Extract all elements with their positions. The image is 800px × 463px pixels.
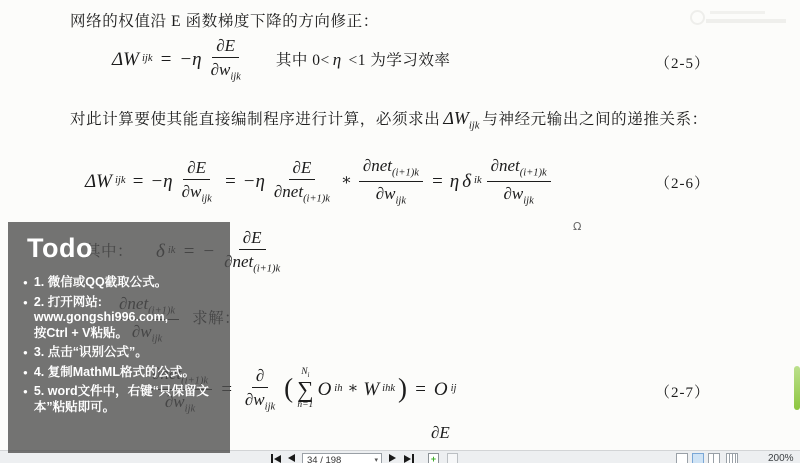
math-token: ∂wijk [500, 182, 538, 208]
math-token: ∂E [212, 35, 239, 58]
math-token: ∂wijk [372, 182, 410, 208]
fraction: ∂net(i+1)k ∂wijk [487, 155, 551, 207]
todo-item: ● 1. 微信或QQ截取公式。 [23, 275, 224, 291]
math-token: W [363, 380, 379, 399]
math-token: (i+1)k [303, 193, 330, 204]
formula-2-5: ΔWijk = −η ∂E ∂wijk 其中 0<η <1 为学习效率 [112, 35, 450, 84]
watermark-logo-icon [690, 10, 705, 25]
todo-list: ● 1. 微信或QQ截取公式。 ● 2. 打开网站: www.gongshi99… [8, 275, 230, 415]
zoom-level[interactable]: 200% [768, 453, 794, 463]
math-token: ijk [265, 401, 276, 412]
next-page-icon [389, 454, 396, 462]
last-page-icon [404, 455, 411, 463]
equation-tag-2-6: （2-6） [655, 172, 710, 193]
formula-cutoff: ∂E [431, 424, 450, 441]
watermark-icon [688, 7, 793, 29]
math-token: ∂wijk [178, 180, 216, 206]
math-token: O [318, 380, 332, 399]
fraction: ∂ ∂wijk [241, 365, 279, 414]
math-token: h=1 [297, 401, 313, 411]
chevron-down-icon[interactable]: ▾ [374, 456, 381, 463]
math-token: = [431, 172, 444, 191]
fraction: ∂E ∂wijk [207, 35, 245, 84]
page-indicator: 34 / 198 [307, 455, 341, 463]
equation-tag-2-7: （2-7） [655, 381, 710, 402]
todo-item: ● 2. 打开网站: www.gongshi996.com, 按Ctrl + V… [23, 295, 224, 342]
watermark-text-line [706, 19, 786, 23]
todo-item-text: 3. 点击“识别公式”。 [34, 345, 148, 361]
math-token: ∂w [182, 182, 202, 201]
math-token: = [159, 50, 172, 69]
math-token: ∂w [211, 60, 231, 79]
math-token: ik [474, 176, 482, 187]
add-page-tool-button[interactable]: + [428, 453, 439, 463]
todo-item: ● 4. 复制MathML格式的公式。 [23, 365, 224, 381]
last-page-icon [412, 454, 414, 463]
first-page-icon [274, 455, 281, 463]
bullet-icon: ● [23, 295, 28, 342]
first-page-icon [271, 454, 273, 463]
math-token: ΔW [85, 172, 112, 191]
formula-2-6: ΔWijk = −η ∂E ∂wijk = −η ∂E ∂net(i+1)k ∗… [85, 155, 553, 207]
math-token: ∂net [274, 182, 303, 201]
math-token: ∗ [341, 173, 352, 189]
math-token: −η [150, 172, 172, 191]
math-token: = [224, 172, 237, 191]
math-token: = [414, 380, 427, 399]
todo-panel: Todo ● 1. 微信或QQ截取公式。 ● 2. 打开网站: www.gong… [8, 222, 230, 453]
math-token: ijk [230, 72, 241, 83]
math-token: ∗ [347, 381, 358, 397]
todo-item: ● 5. word文件中，右键“只保留文 本”粘贴即可。 [23, 384, 224, 415]
math-token: δ [462, 172, 471, 191]
facing-view-button[interactable] [708, 453, 720, 463]
single-page-view-button[interactable] [676, 453, 688, 463]
math-token: ( [284, 375, 293, 402]
math-token: ijk [396, 195, 407, 206]
math-token: ∂net(i+1)k [359, 155, 423, 182]
math-token: −η [243, 172, 265, 191]
last-page-button[interactable] [404, 454, 414, 463]
bullet-icon: ● [23, 365, 28, 381]
prev-page-button[interactable] [288, 454, 295, 462]
math-token: ∂net [491, 156, 520, 175]
math-token: ∂w [245, 390, 265, 409]
bullet-icon: ● [23, 345, 28, 361]
math-token: ijk [115, 176, 126, 187]
math-token: −η [179, 50, 201, 69]
pdf-reader-window: 网络的权值沿 E 函数梯度下降的方向修正： （2-5） ΔWijk = −η ∂… [0, 0, 800, 463]
fraction: ∂E ∂net(i+1)k [270, 157, 334, 206]
bullet-icon: ● [23, 275, 28, 291]
fraction: ∂E ∂wijk [178, 157, 216, 206]
math-token: (i+1)k [253, 264, 280, 275]
math-token: ih [334, 384, 342, 395]
todo-item-text: 4. 复制MathML格式的公式。 [34, 365, 195, 381]
next-page-button[interactable] [389, 454, 396, 462]
stray-glyph: Ω [573, 220, 581, 233]
math-token: ∂net(i+1)k [487, 155, 551, 182]
formula-note: 其中 0<η <1 为学习效率 [276, 51, 451, 69]
page-number-input[interactable]: 34 / 198 ▾ [302, 453, 382, 463]
math-token: ∂E [239, 227, 266, 250]
math-token: ΔWijk [440, 108, 482, 128]
math-token: (i+1)k [520, 167, 547, 178]
paragraph-text: 对此计算要使其能直接编制程序进行计算，必须求出 [70, 111, 440, 128]
sigma-icon: ∑ [297, 379, 313, 401]
math-token: ∂w [504, 184, 524, 203]
math-token: ∂wijk [241, 388, 279, 414]
paragraph-text: 与神经元输出之间的递推关系： [482, 111, 707, 128]
math-token: ∂E [289, 157, 316, 180]
paragraph-intro: 网络的权值沿 E 函数梯度下降的方向修正： [70, 9, 379, 31]
plus-icon: + [429, 454, 438, 463]
math-token: ∂wijk [207, 58, 245, 84]
math-token: ijk [201, 193, 212, 204]
math-token: = [131, 172, 144, 191]
math-token: ∂w [376, 184, 396, 203]
page-tool-button[interactable] [447, 453, 458, 463]
math-token: ij [451, 384, 457, 395]
first-page-button[interactable] [271, 454, 281, 463]
watermark-text-line [710, 11, 765, 14]
math-token: ∂E [183, 157, 210, 180]
math-token: ∂ [252, 365, 268, 388]
math-token: ∂net(i+1)k [270, 180, 334, 206]
math-token: ijk [523, 195, 534, 206]
paragraph-derivation: 对此计算要使其能直接编制程序进行计算，必须求出ΔWijk与神经元输出之间的递推关… [70, 107, 708, 132]
summation: Ni ∑ h=1 [297, 368, 313, 410]
scroll-indicator[interactable] [794, 366, 800, 410]
math-token: ΔW [112, 50, 139, 69]
math-token: ijk [142, 54, 153, 65]
continuous-view-button[interactable] [692, 453, 704, 463]
math-token: ∂E [431, 424, 450, 441]
todo-item: ● 3. 点击“识别公式”。 [23, 345, 224, 361]
todo-item-text: 5. word文件中，右键“只保留文 本”粘贴即可。 [34, 384, 209, 415]
prev-page-icon [288, 454, 295, 462]
note-text: <1 为学习效率 [344, 52, 450, 69]
math-token: ihk [382, 384, 395, 395]
math-token: ∂net [363, 156, 392, 175]
math-token: ) [398, 375, 407, 402]
bullet-icon: ● [23, 384, 28, 415]
fraction: ∂net(i+1)k ∂wijk [359, 155, 423, 207]
todo-title: Todo [27, 233, 230, 264]
math-token: (i+1)k [392, 167, 419, 178]
todo-item-text: 2. 打开网站: www.gongshi996.com, 按Ctrl + V粘贴… [34, 295, 168, 342]
math-token: O [434, 380, 448, 399]
math-token: ΔW [443, 108, 469, 128]
math-token: ijk [469, 121, 480, 132]
math-token: η [450, 172, 459, 191]
equation-tag-2-5: （2-5） [655, 52, 710, 73]
todo-item-text: 1. 微信或QQ截取公式。 [34, 275, 167, 291]
facing-continuous-view-button[interactable] [726, 453, 738, 463]
math-token: η [330, 50, 344, 69]
note-text: 其中 0< [276, 52, 330, 69]
